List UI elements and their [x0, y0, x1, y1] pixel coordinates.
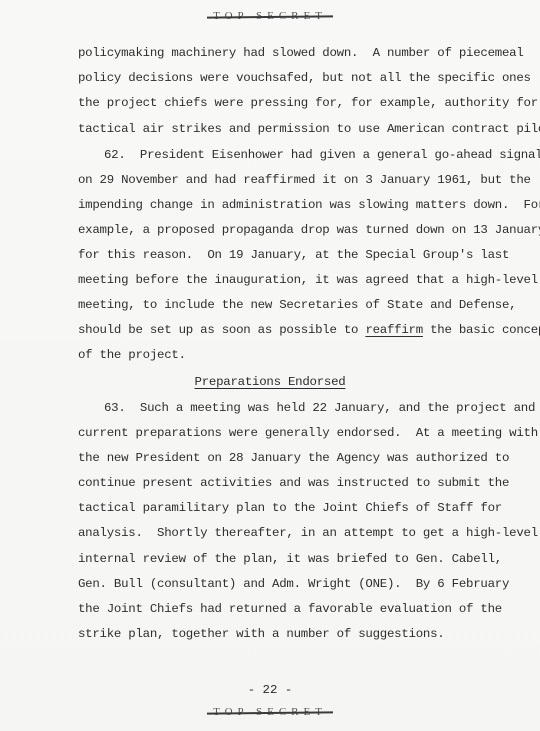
text-segment: the basic concepts: [423, 323, 540, 337]
text-line: example, a proposed propaganda drop was …: [78, 223, 540, 237]
section-heading-text: Preparations Endorsed: [195, 375, 346, 389]
classification-footer-text: TOP SECRET: [211, 706, 329, 718]
text-line: the project chiefs were pressing for, fo…: [78, 96, 538, 110]
text-line: meeting, to include the new Secretaries …: [78, 298, 516, 312]
text-line: for this reason. On 19 January, at the S…: [78, 248, 509, 262]
text-line: of the project.: [78, 348, 186, 362]
classification-footer: TOP SECRET: [0, 706, 540, 718]
text-line: tactical air strikes and permission to u…: [78, 122, 540, 136]
text-line: current preparations were generally endo…: [78, 426, 538, 440]
section-heading: Preparations Endorsed: [0, 375, 540, 389]
classification-header: TOP SECRET: [0, 10, 540, 22]
text-line: should be set up as soon as possible to …: [78, 323, 540, 337]
text-line: meeting before the inauguration, it was …: [78, 273, 538, 287]
text-line: strike plan, together with a number of s…: [78, 627, 444, 641]
text-line: continue present activities and was inst…: [78, 476, 509, 490]
classification-header-text: TOP SECRET: [211, 10, 329, 22]
text-line: impending change in administration was s…: [78, 198, 540, 212]
text-line: tactical paramilitary plan to the Joint …: [78, 501, 502, 515]
text-line: the Joint Chiefs had returned a favorabl…: [78, 602, 502, 616]
text-line: internal review of the plan, it was brie…: [78, 552, 502, 566]
text-line: analysis. Shortly thereafter, in an atte…: [78, 526, 538, 540]
text-line: policymaking machinery had slowed down. …: [78, 46, 524, 60]
text-segment: should be set up as soon as possible to: [78, 323, 365, 337]
document-page: TOP SECRET policymaking machinery had sl…: [0, 0, 540, 731]
paragraph-62-start: 62. President Eisenhower had given a gen…: [104, 148, 540, 162]
page-number: - 22 -: [0, 683, 540, 697]
text-line: Gen. Bull (consultant) and Adm. Wright (…: [78, 577, 509, 591]
text-line: policy decisions were vouchsafed, but no…: [78, 71, 531, 85]
text-line: the new President on 28 January the Agen…: [78, 451, 509, 465]
text-line: on 29 November and had reaffirmed it on …: [78, 173, 531, 187]
paragraph-63-start: 63. Such a meeting was held 22 January, …: [104, 401, 535, 415]
underlined-word: reaffirm: [365, 323, 423, 337]
